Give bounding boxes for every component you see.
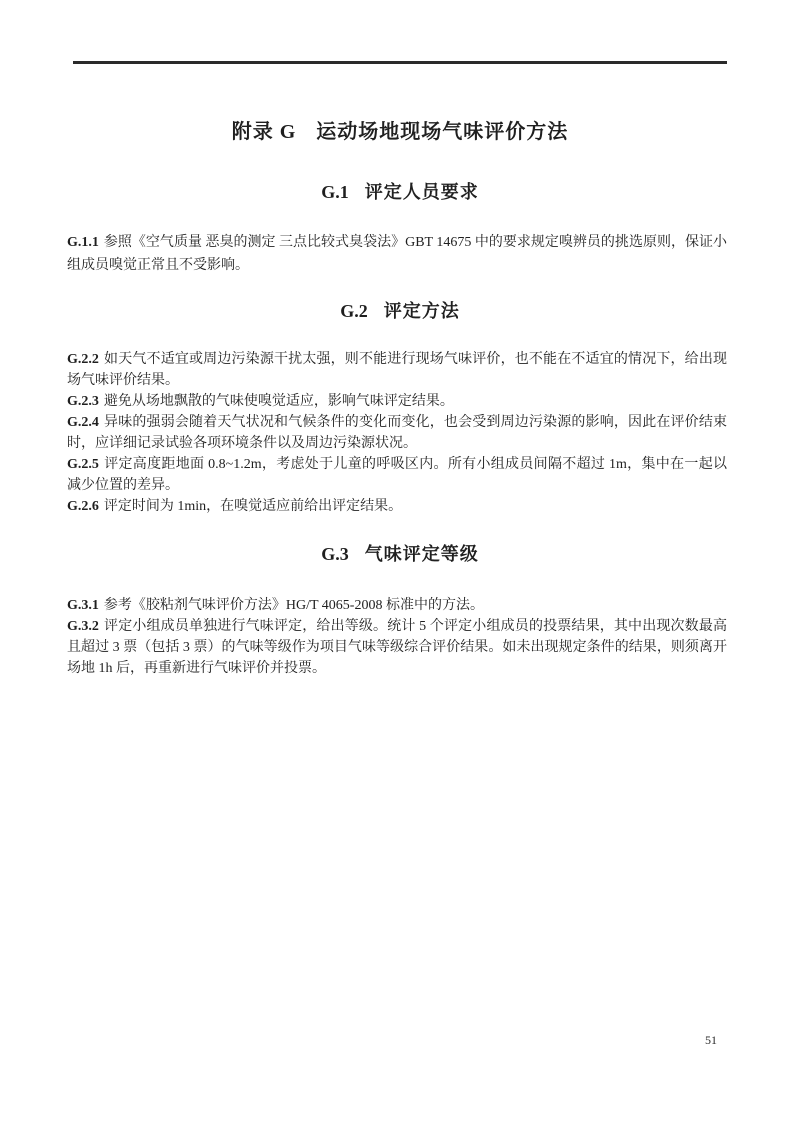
paragraph-text-g2-5: 评定高度距地面 0.8~1.2m，考虑处于儿童的呼吸区内。所有小组成员间隔不超过…	[67, 457, 727, 493]
section-heading-g2: G.2评定方法	[0, 300, 800, 323]
section-title-g1: 评定人员要求	[365, 182, 479, 202]
paragraph-g2-4: G.2.4异味的强弱会随着天气状况和气候条件的变化而变化，也会受到周边污染源的影…	[67, 412, 727, 454]
paragraph-label-g3-2: G.3.2	[67, 619, 104, 634]
section-title-g2: 评定方法	[384, 301, 460, 321]
paragraph-g2-5: G.2.5评定高度距地面 0.8~1.2m，考虑处于儿童的呼吸区内。所有小组成员…	[67, 454, 727, 496]
paragraph-label-g2-6: G.2.6	[67, 499, 104, 514]
document-page: 附录 G运动场地现场气味评价方法 G.1评定人员要求 G.1.1参照《空气质量 …	[0, 0, 800, 1131]
paragraph-text-g3-2: 评定小组成员单独进行气味评定，给出等级。统计 5 个评定小组成员的投票结果，其中…	[67, 619, 727, 676]
section-body-g1: G.1.1参照《空气质量 恶臭的测定 三点比较式臭袋法》GBT 14675 中的…	[67, 231, 727, 277]
paragraph-text-g2-3: 避免从场地飘散的气味使嗅觉适应，影响气味评定结果。	[104, 394, 454, 409]
section-id-g3: G.3	[321, 544, 349, 564]
paragraph-g2-6: G.2.6评定时间为 1min，在嗅觉适应前给出评定结果。	[67, 496, 727, 517]
paragraph-g3-1: G.3.1参考《胶粘剂气味评价方法》HG/T 4065-2008 标准中的方法。	[67, 595, 727, 616]
appendix-title-text: 运动场地现场气味评价方法	[316, 121, 568, 143]
paragraph-label-g2-3: G.2.3	[67, 394, 104, 409]
section-body-g2: G.2.2如天气不适宜或周边污染源干扰太强，则不能进行现场气味评价，也不能在不适…	[67, 349, 727, 517]
paragraph-label-g1-1: G.1.1	[67, 235, 104, 250]
paragraph-g3-2: G.3.2评定小组成员单独进行气味评定，给出等级。统计 5 个评定小组成员的投票…	[67, 616, 727, 679]
paragraph-label-g2-5: G.2.5	[67, 457, 104, 472]
section-id-g2: G.2	[340, 301, 368, 321]
paragraph-text-g2-4: 异味的强弱会随着天气状况和气候条件的变化而变化，也会受到周边污染源的影响，因此在…	[67, 415, 727, 451]
header-rule	[73, 61, 727, 64]
section-id-g1: G.1	[321, 182, 349, 202]
section-title-g3: 气味评定等级	[365, 544, 479, 564]
section-heading-g1: G.1评定人员要求	[0, 181, 800, 204]
page-number: 51	[705, 1032, 717, 1048]
section-body-g3: G.3.1参考《胶粘剂气味评价方法》HG/T 4065-2008 标准中的方法。…	[67, 595, 727, 679]
paragraph-g2-3: G.2.3避免从场地飘散的气味使嗅觉适应，影响气味评定结果。	[67, 391, 727, 412]
appendix-label: 附录 G	[232, 121, 297, 143]
paragraph-text-g1-1: 参照《空气质量 恶臭的测定 三点比较式臭袋法》GBT 14675 中的要求规定嗅…	[67, 235, 727, 273]
paragraph-g1-1: G.1.1参照《空气质量 恶臭的测定 三点比较式臭袋法》GBT 14675 中的…	[67, 231, 727, 277]
paragraph-g2-2: G.2.2如天气不适宜或周边污染源干扰太强，则不能进行现场气味评价，也不能在不适…	[67, 349, 727, 391]
paragraph-text-g2-2: 如天气不适宜或周边污染源干扰太强，则不能进行现场气味评价，也不能在不适宜的情况下…	[67, 352, 727, 388]
section-heading-g3: G.3气味评定等级	[0, 543, 800, 566]
paragraph-label-g3-1: G.3.1	[67, 598, 104, 613]
paragraph-label-g2-2: G.2.2	[67, 352, 104, 367]
paragraph-text-g2-6: 评定时间为 1min，在嗅觉适应前给出评定结果。	[104, 499, 402, 514]
appendix-title: 附录 G运动场地现场气味评价方法	[0, 119, 800, 145]
paragraph-label-g2-4: G.2.4	[67, 415, 104, 430]
paragraph-text-g3-1: 参考《胶粘剂气味评价方法》HG/T 4065-2008 标准中的方法。	[104, 598, 484, 613]
